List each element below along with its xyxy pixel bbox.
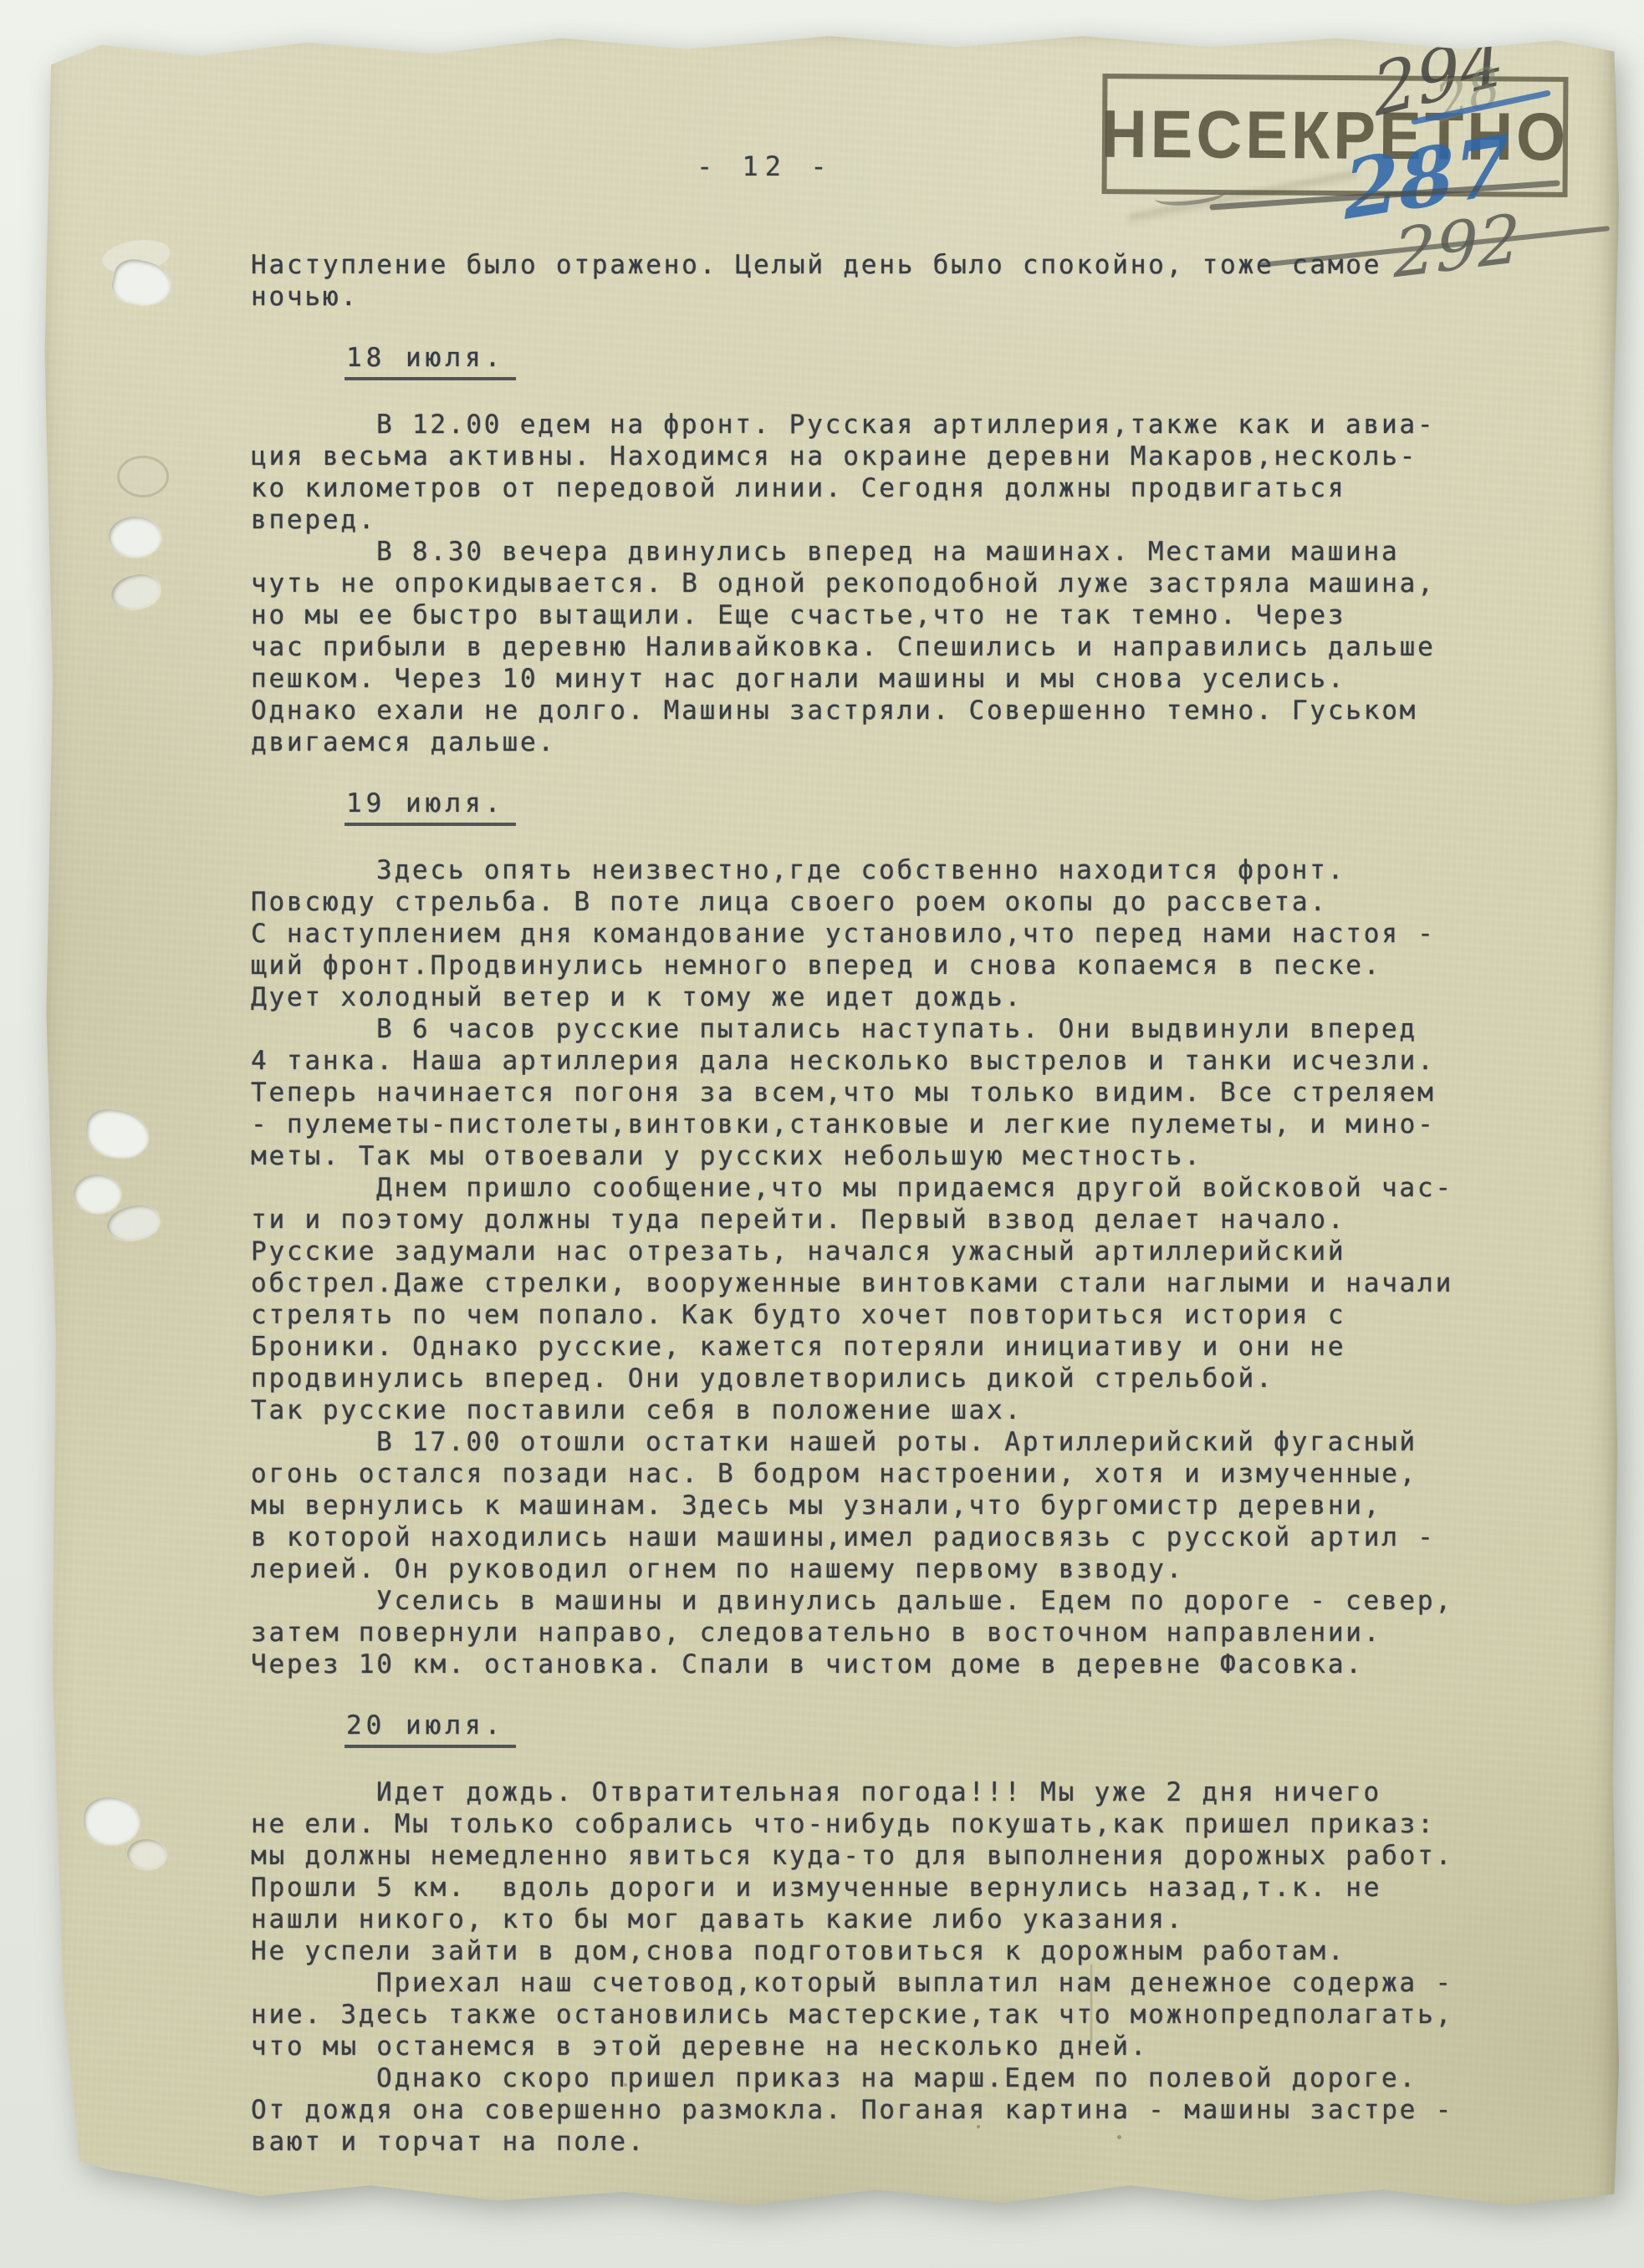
text-line: Русские задумали нас отрезать, начался у… (251, 1236, 1631, 1267)
text-line: чуть не опрокидывается. В одной рекоподо… (251, 568, 1631, 599)
text-line: стрелять по чем попало. Как будто хочет … (251, 1299, 1631, 1331)
text-line: Наступление было отражено. Целый день бы… (251, 249, 1631, 281)
paper-hole (109, 255, 173, 309)
paper-hole (74, 1175, 120, 1213)
scan-background: - 12 - НЕСЕКРЕТНО 294 28 287 292 Наступл… (0, 0, 1644, 2268)
text-line: ночью. (251, 281, 1631, 313)
text-line: ти и поэтому должны туда перейти. Первый… (251, 1204, 1631, 1236)
text-line: Приехал наш счетовод,который выплатил на… (251, 1967, 1631, 1999)
text-line: мы должны немедленно явиться куда-то для… (251, 1840, 1631, 1872)
text-line: В 17.00 отошли остатки нашей роты. Артил… (251, 1426, 1631, 1458)
text-line: 4 танка. Наша артиллерия дала несколько … (251, 1045, 1631, 1077)
paper-hole (84, 1107, 150, 1159)
text-line: С наступлением дня командование установи… (251, 918, 1631, 950)
text-line: огонь остался позади нас. В бодром настр… (251, 1458, 1631, 1490)
text-line: щий фронт.Продвинулись немного вперед и … (251, 950, 1631, 981)
text-line: затем повернули направо, следовательно в… (251, 1617, 1631, 1649)
date-heading-label: 20 июля. (345, 1710, 516, 1748)
text-line: Повсюду стрельба. В поте лица своего рое… (251, 886, 1631, 918)
text-line: пешком. Через 10 минут нас догнали машин… (251, 663, 1631, 695)
date-heading: 20 июля. (345, 1710, 1631, 1748)
date-heading: 19 июля. (345, 788, 1631, 826)
text-line: Так русские поставили себя в положение ш… (251, 1394, 1631, 1426)
text-line: нашли никого, кто бы мог давать какие ли… (251, 1904, 1631, 1935)
text-line: обстрел.Даже стрелки, вооруженные винтов… (251, 1267, 1631, 1299)
text-line: ко километров от передовой линии. Сегодн… (251, 472, 1631, 504)
document-page: - 12 - НЕСЕКРЕТНО 294 28 287 292 Наступл… (38, 25, 1621, 2220)
text-line: Броники. Однако русские, кажется потерял… (251, 1331, 1631, 1363)
text-line: Уселись в машины и двинулись дальше. Еде… (251, 1585, 1631, 1617)
paper-hole (84, 1797, 139, 1844)
text-line: что мы останемся в этой деревне на неско… (251, 2031, 1631, 2062)
text-line: Прошли 5 км. вдоль дороги и измученные в… (251, 1872, 1631, 1904)
text-line: но мы ее быстро вытащили. Еще счастье,чт… (251, 599, 1631, 631)
text-line: Не успели зайти в дом,снова подготовитьс… (251, 1935, 1631, 1967)
page-number: - 12 - (697, 150, 834, 182)
text-line: От дождя она совершенно размокла. Погана… (251, 2094, 1631, 2126)
text-line: ние. Здесь также остановились мастерские… (251, 1999, 1631, 2031)
date-heading-label: 18 июля. (345, 343, 516, 380)
text-line: продвинулись вперед. Они удовлетворились… (251, 1363, 1631, 1394)
paper-hole (109, 517, 161, 557)
text-line: Однако ехали не долго. Машины застряли. … (251, 695, 1631, 726)
document-text: Наступление было отражено. Целый день бы… (251, 249, 1631, 2158)
text-line: мы вернулись к машинам. Здесь мы узнали,… (251, 1490, 1631, 1521)
text-line: Теперь начинается погоня за всем,что мы … (251, 1077, 1631, 1109)
text-line: двигаемся дальше. (251, 726, 1631, 758)
text-line: Днем пришло сообщение,что мы придаемся д… (251, 1172, 1631, 1204)
date-heading: 18 июля. (345, 343, 1631, 380)
text-line: Здесь опять неизвестно,где собственно на… (251, 854, 1631, 886)
text-line: В 8.30 вечера двинулись вперед на машина… (251, 536, 1631, 568)
text-line: - пулеметы-пистолеты,винтовки,станковые … (251, 1109, 1631, 1140)
text-line: Через 10 км. остановка. Спали в чистом д… (251, 1649, 1631, 1680)
text-line: В 6 часов русские пытались наступать. Он… (251, 1013, 1631, 1045)
text-line: Идет дождь. Отвратительная погода!!! Мы … (251, 1776, 1631, 1808)
text-line: ция весьма активны. Находимся на окраине… (251, 441, 1631, 472)
text-line: лерией. Он руководил огнем по нашему пер… (251, 1553, 1631, 1585)
paper-hole (109, 571, 162, 612)
paper-hole (117, 456, 169, 497)
text-line: В 12.00 едем на фронт. Русская артиллери… (251, 409, 1631, 441)
text-line: меты. Так мы отвоевали у русских небольш… (251, 1140, 1631, 1172)
text-line: час прибыли в деревню Наливайковка. Спеш… (251, 631, 1631, 663)
text-line: не ели. Мы только собрались что-нибудь п… (251, 1808, 1631, 1840)
paper-hole (127, 1839, 166, 1869)
text-line: Дует холодный ветер и к тому же идет дож… (251, 981, 1631, 1013)
text-line: Однако скоро пришел приказ на марш.Едем … (251, 2062, 1631, 2094)
text-line: в которой находились наши машины,имел ра… (251, 1521, 1631, 1553)
text-line: вают и торчат на поле. (251, 2126, 1631, 2158)
text-line: вперед. (251, 504, 1631, 536)
date-heading-label: 19 июля. (345, 788, 516, 826)
